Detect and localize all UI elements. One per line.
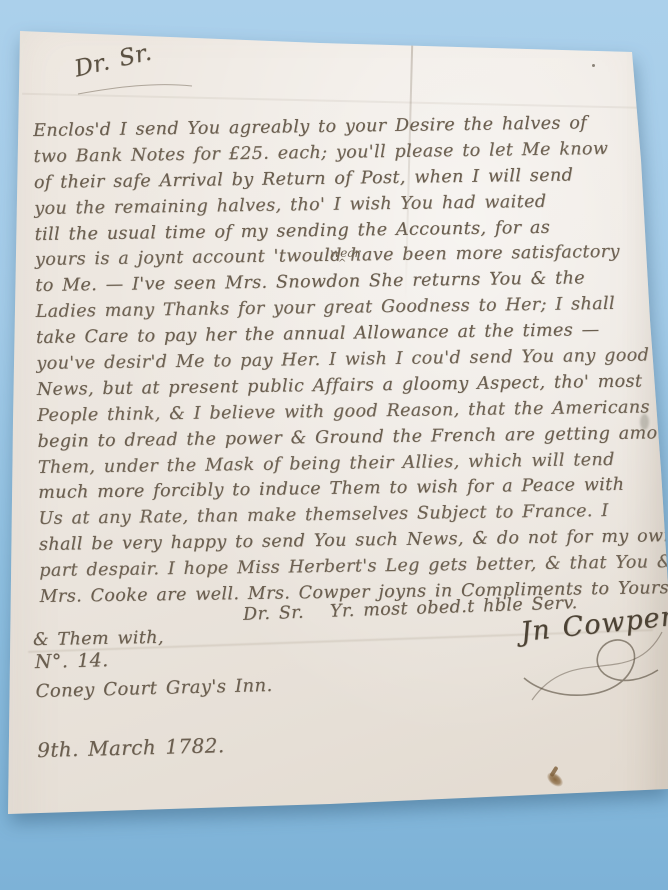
salutation: Dr. Sr. [72, 40, 154, 83]
closing-salute: Dr. Sr. [243, 603, 305, 625]
closing-left-text: & Them with, [33, 628, 164, 650]
edge-smudge [640, 414, 649, 430]
letter-paper: Dr. Sr. Enclos'd I send You agreably to … [0, 0, 668, 890]
date-line: 9th. March 1782. [37, 732, 275, 762]
address-street: Coney Court Gray's Inn. [35, 675, 272, 702]
insertion-caret-mark: ^ [338, 258, 346, 269]
paper-shadow-wrap: Dr. Sr. Enclos'd I send You agreably to … [0, 0, 668, 890]
photo-background: Dr. Sr. Enclos'd I send You agreably to … [0, 0, 668, 890]
interlinear-insertion: wear ^ [330, 246, 360, 260]
signature-flourish [512, 616, 668, 711]
salutation-flourish-line [76, 80, 196, 98]
ink-fleck [592, 64, 595, 67]
address-block: N°. 14. Coney Court Gray's Inn. 9th. Mar… [35, 645, 275, 762]
closing-gap [304, 617, 330, 618]
letter-body: Enclos'd I send You agreably to your Des… [33, 110, 658, 611]
